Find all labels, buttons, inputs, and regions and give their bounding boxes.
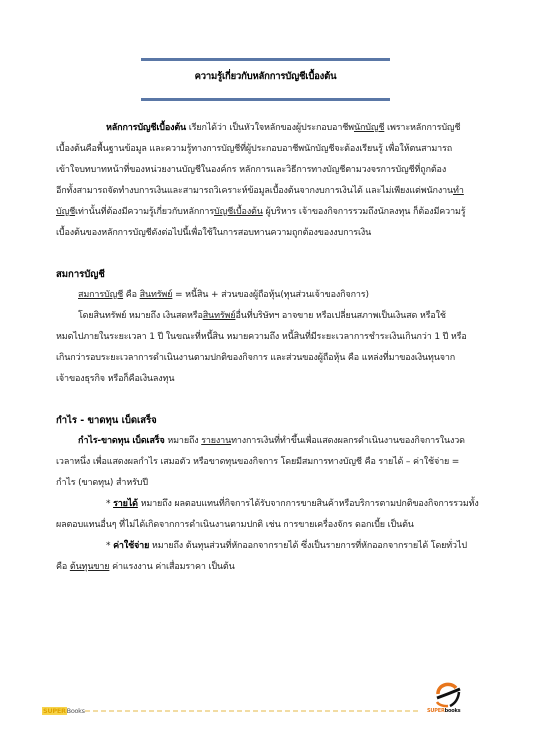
bold-term: หลักการบัญชีเบื้องต้น (106, 123, 186, 133)
text-run: อีกทั้งสามารถจัดทำงบการเงินและสามารถวิเค… (56, 186, 453, 196)
underlined-term: นักบัญชี (354, 123, 384, 133)
superbooks-logo-text: SUPERbooks (427, 708, 460, 714)
text-line: เบื้องต้นของหลักการบัญชีดังต่อไปนี้เพื่อ… (56, 223, 488, 244)
text-run: เรียกได้ว่า เป็นหัวใจหลักของผู้ประกอบอาช… (186, 123, 354, 133)
text-line: เวลาหนึ่ง เพื่อแสดงผลกำไร เสมอตัว หรือขา… (56, 452, 488, 473)
text-run: ผลตอบแทนอื่นๆ ที่ไม่ได้เกิดจากการดำเนินง… (56, 520, 414, 530)
text-line: เจ้าของธุรกิจ หรือก็คือเงินลงทุน (56, 369, 488, 390)
text-line: เบื้องต้นคือพื้นฐานข้อมูล และความรู้ทางก… (56, 139, 488, 160)
text-line: สมการบัญชี คือ สินทรัพย์ = หนี้สิน + ส่ว… (56, 285, 488, 306)
section-heading: กำไร - ขาดทุน เบ็ดเสร็จ (56, 410, 488, 431)
text-run: * (106, 499, 113, 509)
text-run: เวลาหนึ่ง เพื่อแสดงผลกำไร เสมอตัว หรือขา… (56, 457, 459, 467)
section-accounting-equation: สมการบัญชี สมการบัญชี คือ สินทรัพย์ = หน… (56, 264, 488, 390)
text-line: หลักการบัญชีเบื้องต้น เรียกได้ว่า เป็นหั… (56, 118, 488, 139)
text-line: กำไร-ขาดทุน เบ็ดเสร็จ หมายถึง รายงานทางก… (56, 431, 488, 452)
text-run: เจ้าของธุรกิจ หรือก็คือเงินลงทุน (56, 374, 174, 384)
text-run: คือ (56, 562, 70, 572)
text-run: ค่าแรงงาน ค่าเสื่อมราคา เป็นต้น (109, 562, 234, 572)
underlined-term: บัญชีเบื้องต้น (214, 207, 263, 217)
underlined-term: สมการบัญชี (78, 290, 123, 300)
underlined-term: ต้นทุนขาย (70, 562, 110, 572)
title-box: ความรู้เกี่ยวกับหลักการบัญชีเบื้องต้น (141, 57, 390, 101)
text-run: หมายถึง (165, 436, 202, 446)
bold-term: ค่าใช้จ่าย (113, 541, 149, 551)
text-line: ผลตอบแทนอื่นๆ ที่ไม่ได้เกิดจากการดำเนินง… (56, 515, 488, 536)
text-run: เบื้องต้นของหลักการบัญชีดังต่อไปนี้เพื่อ… (56, 228, 371, 238)
footer-dashed-rule (85, 710, 420, 712)
title-rule-top (141, 58, 390, 61)
intro-paragraph: หลักการบัญชีเบื้องต้น เรียกได้ว่า เป็นหั… (56, 118, 488, 244)
page-title: ความรู้เกี่ยวกับหลักการบัญชีเบื้องต้น (141, 69, 390, 84)
text-run: หมดไปภายในระยะเวลา 1 ปี ในขณะที่หนี้สิน … (56, 332, 467, 342)
text-line: อีกทั้งสามารถจัดทำงบการเงินและสามารถวิเค… (56, 181, 488, 202)
section-heading: สมการบัญชี (56, 264, 488, 285)
text-line: * ค่าใช้จ่าย หมายถึง ต้นทุนส่วนที่หักออก… (56, 536, 488, 557)
text-run: เบื้องต้นคือพื้นฐานข้อมูล และความรู้ทางก… (56, 144, 452, 154)
text-run: ทางการเงินที่ทำขึ้นเพื่อแสดงผลกรดำเนินงา… (231, 436, 465, 446)
text-line: กำไร (ขาดทุน) สำหรับปี (56, 473, 488, 494)
footer-brand-super: SUPER (42, 707, 67, 715)
text-run: ผู้บริหาร เจ้าของกิจการรวมถึงนักลงทุน ก็… (263, 207, 466, 217)
section-profit-loss: กำไร - ขาดทุน เบ็ดเสร็จ กำไร-ขาดทุน เบ็ด… (56, 410, 488, 578)
text-run: เข้าใจบทบาทหน้าที่ของหน่วยงานบัญชีในองค์… (56, 165, 446, 175)
bold-term: กำไร-ขาดทุน เบ็ดเสร็จ (78, 436, 165, 446)
footer-brand-books: Books (67, 707, 85, 715)
footer-brand: SUPERBooks (42, 707, 85, 715)
text-line: เข้าใจบทบาทหน้าที่ของหน่วยงานบัญชีในองค์… (56, 160, 488, 181)
underlined-term: สินทรัพย์ (140, 290, 173, 300)
underlined-term: รายงาน (201, 436, 231, 446)
text-line: คือ ต้นทุนขาย ค่าแรงงาน ค่าเสื่อมราคา เป… (56, 557, 488, 578)
underlined-term: ทำ (453, 186, 464, 196)
text-run: อื่นที่บริษัทฯ อาจขาย หรือเปลี่ยนสภาพเป็… (235, 311, 445, 321)
text-line: * รายได้ หมายถึง ผลตอบแทนที่กิจการได้รับ… (56, 494, 488, 515)
text-run: = หนี้สิน + ส่วนของผู้ถือหุ้น(ทุนส่วนเจ้… (172, 290, 369, 300)
text-run: เท่านั้นที่ต้องมีความรู้เกี่ยวกับหลักการ (75, 207, 214, 217)
underlined-term: บัญชี (56, 207, 75, 217)
text-line: หมดไปภายในระยะเวลา 1 ปี ในขณะที่หนี้สิน … (56, 327, 488, 348)
text-run: เกินกว่ารอบระยะเวลาการดำเนินงานตามปกติขอ… (56, 353, 455, 363)
text-run: เพราะหลักการบัญชี (384, 123, 460, 133)
text-line: โดยสินทรัพย์ หมายถึง เงินสดหรือสินทรัพย์… (56, 306, 488, 327)
text-run: โดยสินทรัพย์ หมายถึง เงินสดหรือ (78, 311, 203, 321)
text-line: เกินกว่ารอบระยะเวลาการดำเนินงานตามปกติขอ… (56, 348, 488, 369)
underlined-term: รายได้ (113, 499, 138, 509)
superbooks-logo-icon (424, 680, 474, 720)
underlined-term: สินทรัพย์ (203, 311, 236, 321)
text-run: * (106, 541, 113, 551)
text-run: คือ (123, 290, 140, 300)
text-run: หมายถึง ต้นทุนส่วนที่หักออกจากรายได้ ซึ่… (149, 541, 467, 551)
page-footer: SUPERBooks SUPERbooks (0, 680, 538, 720)
text-line: บัญชีเท่านั้นที่ต้องมีความรู้เกี่ยวกับหล… (56, 202, 488, 223)
text-run: กำไร (ขาดทุน) สำหรับปี (56, 478, 148, 488)
document-body: หลักการบัญชีเบื้องต้น เรียกได้ว่า เป็นหั… (56, 118, 488, 578)
title-rule-bottom (141, 98, 390, 101)
text-run: หมายถึง ผลตอบแทนที่กิจการได้รับจากการขาย… (138, 499, 479, 509)
